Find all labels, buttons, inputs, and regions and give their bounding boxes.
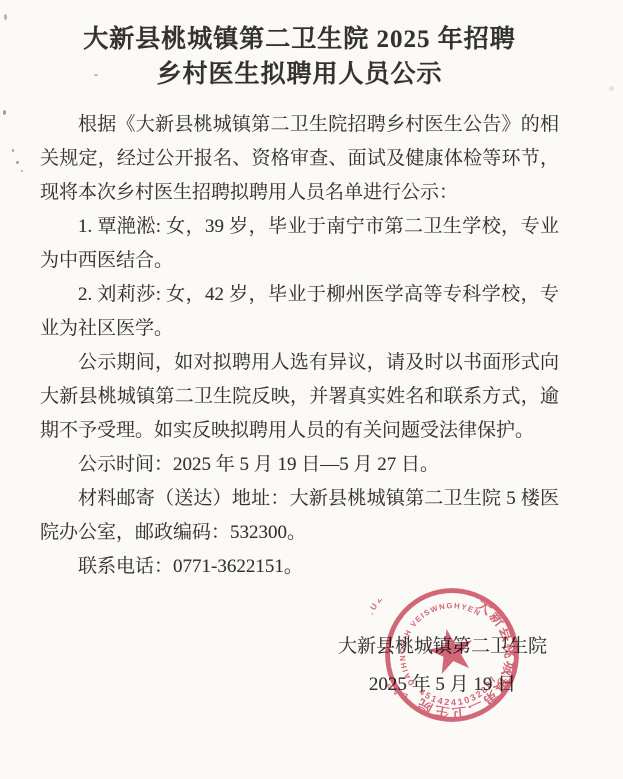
signature-date: 2025 年 5 月 19 日 bbox=[338, 666, 547, 704]
candidate-item-1: 1. 覃滟淞: 女，39 岁，毕业于南宁市第二卫生学校，专业为中西医结合。 bbox=[40, 210, 559, 278]
signature-org: 大新县桃城镇第二卫生院 bbox=[338, 628, 547, 666]
scan-artifact bbox=[94, 74, 98, 76]
line-publicity-period: 公示时间：2025 年 5 月 19 日—5 月 27 日。 bbox=[40, 448, 559, 482]
scan-artifact bbox=[4, 14, 7, 20]
notice-title: 大新县桃城镇第二卫生院 2025 年招聘 乡村医生拟聘用人员公示 bbox=[40, 22, 559, 92]
scanned-notice-page: 大新县桃城镇第二卫生院 2025 年招聘 乡村医生拟聘用人员公示 根据《大新县桃… bbox=[0, 0, 623, 779]
notice-body: 根据《大新县桃城镇第二卫生院招聘乡村医生公告》的相关规定，经过公开报名、资格审查… bbox=[40, 108, 559, 584]
notice-title-line2: 乡村医生拟聘用人员公示 bbox=[40, 57, 559, 92]
notice-title-line1: 大新县桃城镇第二卫生院 2025 年招聘 bbox=[40, 22, 559, 57]
scan-artifact bbox=[609, 86, 614, 91]
notice-content: 大新县桃城镇第二卫生院 2025 年招聘 乡村医生拟聘用人员公示 根据《大新县桃… bbox=[0, 0, 623, 584]
paragraph-intro: 根据《大新县桃城镇第二卫生院招聘乡村医生公告》的相关规定，经过公开报名、资格审查… bbox=[40, 108, 559, 210]
scan-artifact bbox=[21, 170, 23, 172]
line-mailing-address: 材料邮寄（送达）地址：大新县桃城镇第二卫生院 5 楼医院办公室，邮政编码：532… bbox=[40, 482, 559, 550]
signature-block: 大新县桃城镇第二卫生院 2025 年 5 月 19 日 bbox=[338, 628, 547, 704]
scan-artifact bbox=[16, 161, 19, 164]
candidate-item-2: 2. 刘莉莎: 女，42 岁，毕业于柳州医学高等专科学校，专业为社区医学。 bbox=[40, 278, 559, 346]
scan-artifact bbox=[3, 110, 6, 115]
line-contact-phone: 联系电话：0771-3622151。 bbox=[40, 550, 559, 584]
scan-artifact bbox=[12, 149, 14, 152]
paragraph-objection: 公示期间，如对拟聘用人选有异议，请及时以书面形式向大新县桃城镇第二卫生院反映，并… bbox=[40, 346, 559, 448]
